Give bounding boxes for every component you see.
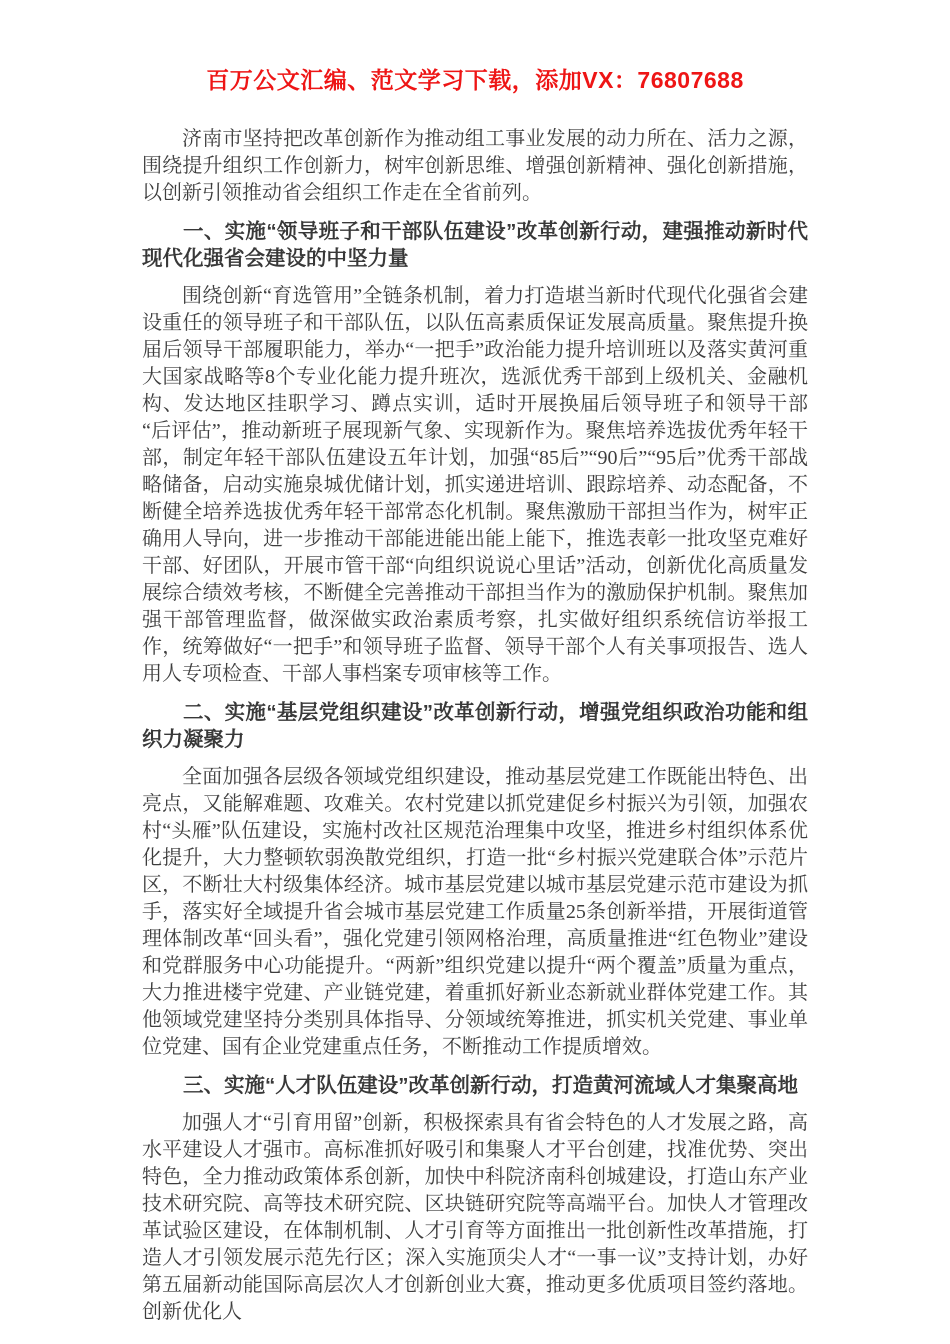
section-3-heading: 三、实施“人才队伍建设”改革创新行动，打造黄河流域人才集聚高地 — [142, 1072, 808, 1099]
section-1-paragraph: 围绕创新“育选管用”全链条机制，着力打造堪当新时代现代化强省会建设重任的领导班子… — [142, 283, 808, 688]
section-2-paragraph: 全面加强各层级各领域党组织建设，推动基层党建工作既能出特色、出亮点，又能解难题、… — [142, 764, 808, 1061]
section-3-paragraph: 加强人才“引育用留”创新，积极探索具有省会特色的人才发展之路，高水平建设人才强市… — [142, 1110, 808, 1326]
section-1-heading: 一、实施“领导班子和干部队伍建设”改革创新行动，建强推动新时代现代化强省会建设的… — [142, 218, 808, 272]
intro-paragraph: 济南市坚持把改革创新作为推动组工事业发展的动力所在、活力之源，围绕提升组织工作创… — [142, 126, 808, 207]
article-body: 济南市坚持把改革创新作为推动组工事业发展的动力所在、活力之源，围绕提升组织工作创… — [142, 126, 808, 1326]
promo-banner: 百万公文汇编、范文学习下载，添加VX：76807688 — [142, 66, 808, 94]
section-2-heading: 二、实施“基层党组织建设”改革创新行动，增强党组织政治功能和组织力凝聚力 — [142, 699, 808, 753]
document-page: 百万公文汇编、范文学习下载，添加VX：76807688 济南市坚持把改革创新作为… — [0, 0, 950, 1344]
